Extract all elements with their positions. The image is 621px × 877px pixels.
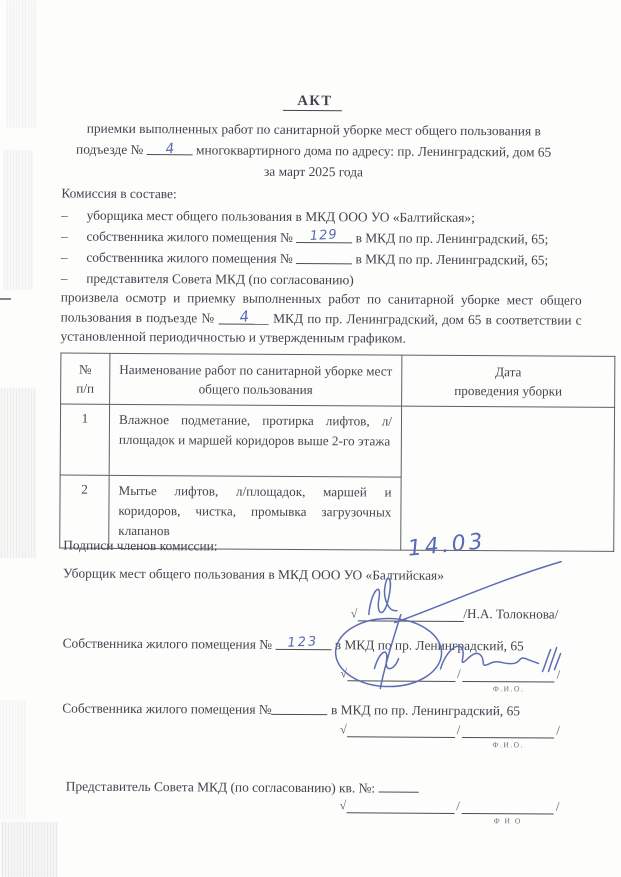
separator-slash: /	[455, 722, 463, 738]
apartment-number-handwritten: 129	[309, 224, 338, 247]
intro-paragraph: приемки выполненных работ по санитарной …	[63, 118, 563, 184]
owner1-apartment-handwritten: 123	[287, 631, 319, 653]
col-header-work: Наименование работ по санитарной уборке …	[110, 353, 402, 406]
separator-slash: /	[454, 798, 462, 814]
list-dash: –	[61, 226, 83, 247]
owner2-signature-line: √/Ф.И.О./	[340, 714, 562, 739]
entrance-number-blank: 4	[147, 139, 193, 155]
member-text-post: в МКД по пр. Ленинградский, 65;	[355, 251, 548, 267]
member-text: уборщика мест общего пользования в МКД О…	[87, 208, 475, 225]
col-header-num-line2: п/п	[76, 381, 94, 396]
table-header-row: № п/п Наименование работ по санитарной у…	[61, 353, 615, 407]
table-row: 1 Влажное подметание, протирка лифтов, л…	[60, 404, 614, 478]
signature-blank	[346, 790, 454, 814]
entrance-number-blank: 4	[219, 308, 269, 324]
list-dash: –	[61, 205, 83, 226]
name-blank: Ф.И.О.	[462, 715, 554, 739]
member-text: представителя Совета МКД (по согласовани…	[86, 271, 354, 288]
signatures-heading: Подписи членов комиссии:	[63, 535, 217, 557]
representative-label-text: Представитель Совета МКД (по согласовани…	[66, 779, 375, 796]
intro-line3: за март 2025 года	[264, 164, 363, 180]
col-header-date: Дата проведения уборки	[402, 355, 615, 407]
list-dash: –	[61, 268, 83, 289]
fio-label: Ф.И.О.	[493, 740, 524, 749]
work-description-cell: Влажное подметание, протирка лифтов, л/п…	[109, 404, 401, 477]
owner1-apartment-blank: 123	[275, 634, 331, 650]
scanned-document-page: АКТ приемки выполненных работ по санитар…	[0, 0, 621, 877]
list-dash: –	[61, 247, 83, 268]
document-title-text: АКТ	[283, 93, 341, 111]
col-header-num: № п/п	[61, 353, 110, 404]
col-header-date-line2: проведения уборки	[454, 383, 562, 399]
member-text-pre: собственника жилого помещения №	[86, 229, 293, 245]
entrance-number-handwritten: 4	[164, 139, 175, 161]
owner1-signature-scribble	[328, 612, 584, 696]
member-text-post: в МКД по пр. Ленинградский, 65;	[356, 230, 549, 246]
intro-line2-post: многоквартирного дома по адресу: пр. Лен…	[196, 142, 551, 159]
col-header-date-line1: Дата	[495, 364, 521, 379]
apartment-number-blank	[296, 248, 352, 264]
signature-blank	[347, 714, 455, 738]
entrance-number-handwritten: 4	[238, 307, 249, 327]
representative-signature-line: √/Ф И О/	[340, 790, 562, 815]
fio-label: Ф И О	[494, 816, 522, 825]
member-text-pre: собственника жилого помещения №	[86, 250, 293, 266]
owner2-apartment-blank	[272, 699, 328, 715]
owner1-label-pre: Собственника жилого помещения №	[63, 636, 272, 652]
row-number-cell: 1	[60, 404, 109, 475]
works-table: № п/п Наименование работ по санитарной у…	[59, 353, 615, 552]
inspection-paragraph: произвела осмотр и приемку выполненных р…	[60, 288, 581, 350]
separator-slash: /	[554, 723, 562, 739]
commission-heading: Комиссия в составе:	[61, 183, 176, 205]
separator-slash: /	[554, 799, 562, 815]
name-blank: Ф И О	[462, 791, 554, 815]
apartment-number-blank: 129	[296, 227, 352, 243]
col-header-num-line1: №	[79, 362, 92, 377]
document-title: АКТ	[2, 90, 621, 112]
intro-line2-pre: подъезде №	[76, 142, 143, 157]
owner2-label-pre: Собственника жилого помещения №	[62, 701, 271, 717]
intro-line1: приемки выполненных работ по санитарной …	[87, 121, 541, 139]
cleaning-date-cell: 14.03	[401, 406, 615, 551]
